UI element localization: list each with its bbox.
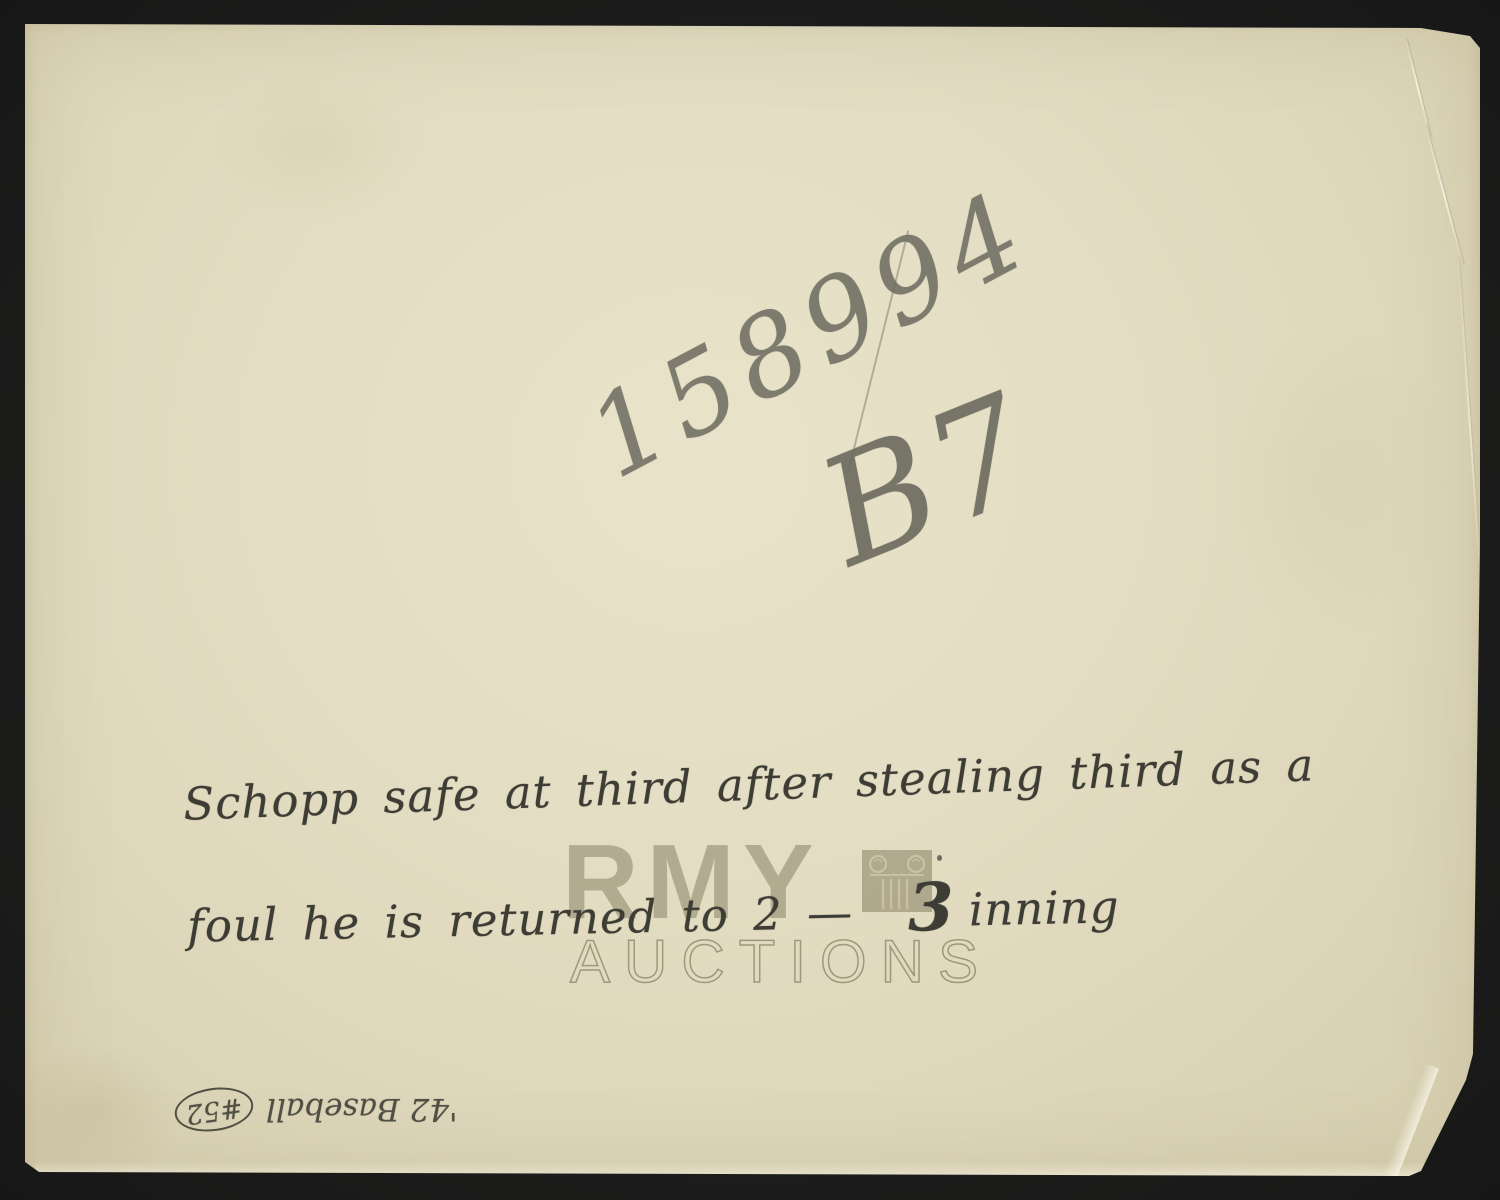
caption-line-2-prefix: foul he is returned to 2 — xyxy=(187,886,854,953)
crease-line xyxy=(1457,257,1483,596)
watermark-brand-text: RMY xyxy=(562,823,822,941)
crease-line xyxy=(1405,39,1431,137)
watermark-subtitle-text: AUCTIONS xyxy=(570,928,990,995)
auction-watermark: RMY AUCTIONS xyxy=(540,822,990,1002)
column-icon xyxy=(862,850,932,912)
pencil-dot xyxy=(937,855,942,861)
stray-pencil-stroke xyxy=(847,230,909,473)
inning-number: 3 xyxy=(907,868,956,947)
catalog-annotation-upside-down: '42 Baseball #52 xyxy=(175,1088,457,1131)
photo-back-paper: RMY AUCTIONS 158994 B7 Schopp safe at th… xyxy=(25,22,1480,1178)
paper-stain xyxy=(1205,322,1465,642)
crease-line xyxy=(1424,124,1463,265)
catalog-number-circled: #52 xyxy=(172,1083,256,1137)
caption-line-2: foul he is returned to 2 —3inning xyxy=(186,864,1120,962)
paper-stain xyxy=(5,1042,185,1182)
caption-line-1: Schopp safe at third after stealing thir… xyxy=(182,738,1315,830)
catalog-note-text: '42 Baseball xyxy=(266,1092,458,1128)
inventory-number-handwriting: 158994 xyxy=(568,165,1052,503)
scan-backdrop: RMY AUCTIONS 158994 B7 Schopp safe at th… xyxy=(0,0,1500,1200)
caption-line-2-suffix: inning xyxy=(968,880,1120,936)
paper-stain xyxy=(205,72,425,222)
series-code-handwriting: B7 xyxy=(798,361,1058,599)
paper-bottom-edge-highlight xyxy=(35,1162,1455,1178)
